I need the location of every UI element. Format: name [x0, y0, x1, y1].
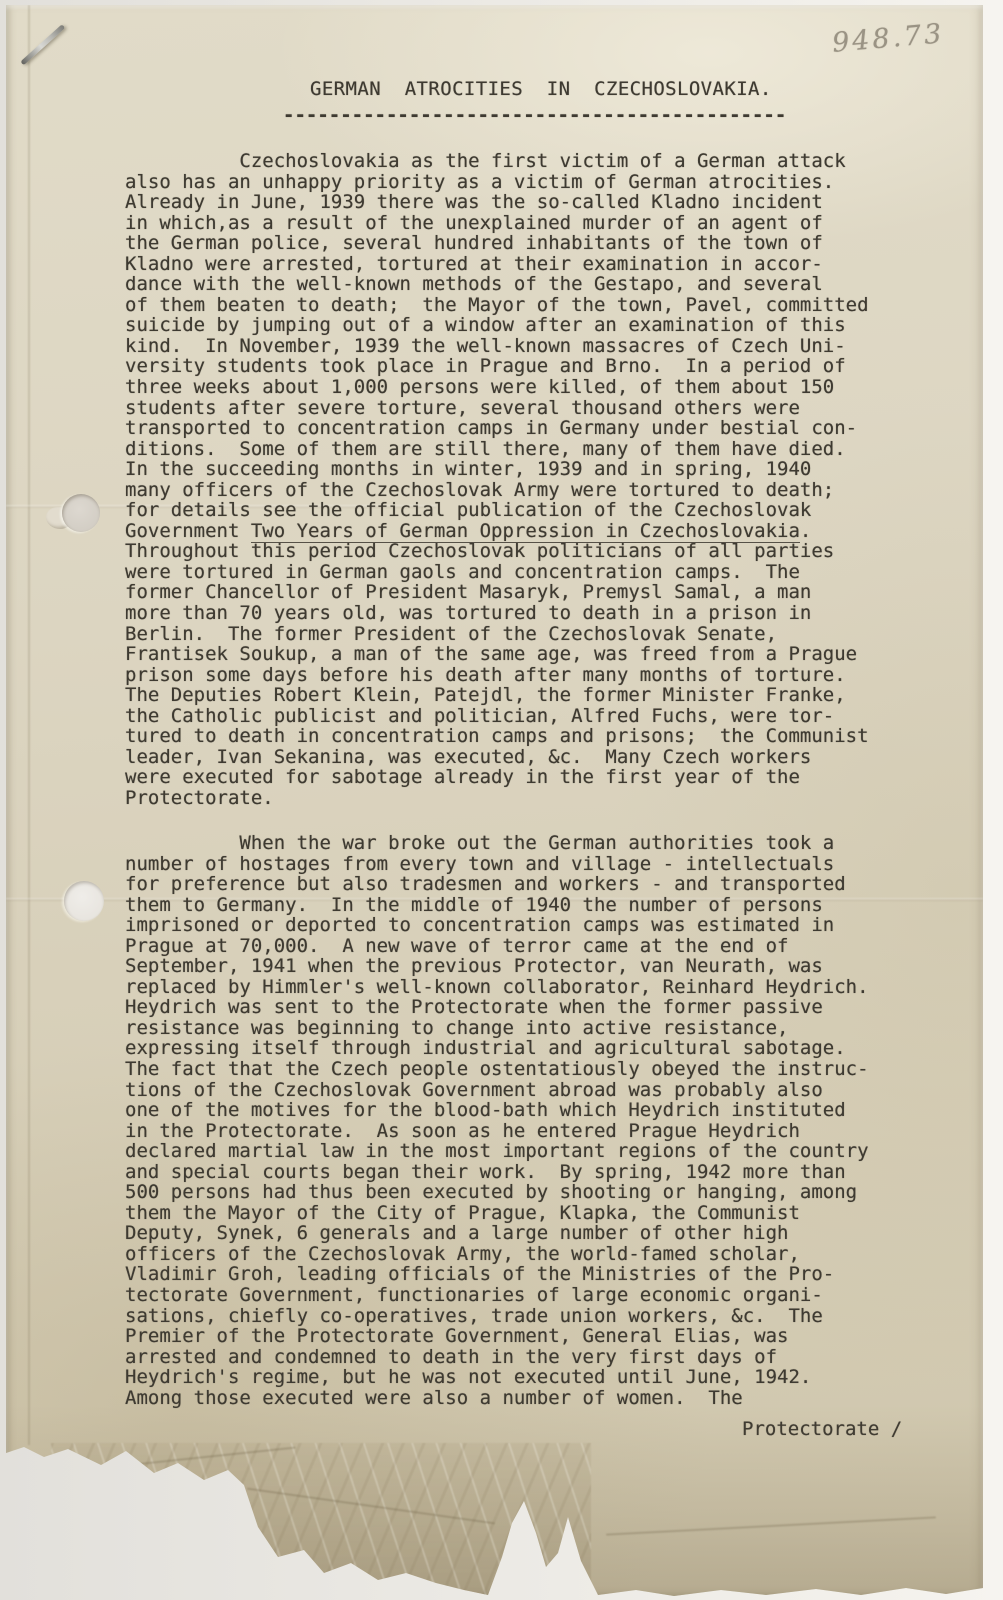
wrinkle-line: [96, 1447, 295, 1470]
text-line: 500 persons had thus been executed by sh…: [125, 1182, 945, 1203]
text-line: also has an unhappy priority as a victim…: [125, 172, 945, 193]
text-line: imprisoned or deported to concentration …: [125, 915, 945, 936]
text-line: Throughout this period Czechoslovak poli…: [125, 541, 945, 562]
text-line: tured to death in concentration camps an…: [125, 726, 945, 747]
text-line: leader, Ivan Sekanina, was executed, &c.…: [125, 747, 945, 768]
text-line: declared martial law in the most importa…: [125, 1141, 945, 1162]
text-line: them the Mayor of the City of Prague, Kl…: [125, 1203, 945, 1224]
text-line: kind. In November, 1939 the well-known m…: [125, 336, 945, 357]
text-line: officers of the Czechoslovak Army, the w…: [125, 1244, 945, 1265]
text-line: Among those executed were also a number …: [125, 1388, 945, 1409]
text-line: them to Germany. In the middle of 1940 t…: [125, 895, 945, 916]
text-line: versity students took place in Prague an…: [125, 356, 945, 377]
text-line: Deputy, Synek, 6 generals and a large nu…: [125, 1223, 945, 1244]
paragraph-1: Czechoslovakia as the first victim of a …: [125, 151, 945, 809]
text-line: were executed for sabotage already in th…: [125, 767, 945, 788]
text-line: Protectorate.: [125, 788, 945, 809]
text-line: Kladno were arrested, tortured at their …: [125, 254, 945, 275]
text-line: prison some days before his death after …: [125, 665, 945, 686]
text-line: in the Protectorate. As soon as he enter…: [125, 1121, 945, 1142]
text-line: Heydrich was sent to the Protectorate wh…: [125, 997, 945, 1018]
text-line: sations, chiefly co-operatives, trade un…: [125, 1306, 945, 1327]
text-line: tectorate Government, functionaries of l…: [125, 1285, 945, 1306]
text-line: Already in June, 1939 there was the so-c…: [125, 192, 945, 213]
text-line: ditions. Some of them are still there, m…: [125, 439, 945, 460]
text-line: suicide by jumping out of a window after…: [125, 315, 945, 336]
text-line: students after severe torture, several t…: [125, 398, 945, 419]
text-line: the Catholic publicist and politician, A…: [125, 706, 945, 727]
text-line: were tortured in German gaols and concen…: [125, 562, 945, 583]
catchword: Protectorate /: [742, 1418, 902, 1440]
text-line: Prague at 70,000. A new wave of terror c…: [125, 936, 945, 957]
wrinkle-line: [606, 1516, 936, 1535]
text-line: Premier of the Protectorate Government, …: [125, 1326, 945, 1347]
handwritten-catalog-number: 948.73: [831, 18, 946, 59]
vertical-fold-crease: [28, 5, 30, 1445]
document-title: GERMAN ATROCITIES IN CZECHOSLOVAKIA.: [310, 78, 772, 100]
text-line: for details see the official publication…: [125, 500, 945, 521]
crumpled-corner: [51, 1443, 591, 1600]
text-line: Czechoslovakia as the first victim of a …: [125, 151, 945, 172]
text-line: resistance was beginning to change into …: [125, 1018, 945, 1039]
text-line: in which,as a result of the unexplained …: [125, 213, 945, 234]
wrinkle-line: [247, 1488, 495, 1525]
text-line: the German police, several hundred inhab…: [125, 233, 945, 254]
text-line: number of hostages from every town and v…: [125, 854, 945, 875]
text-line: Heydrich's regime, but he was not execut…: [125, 1367, 945, 1388]
text-line: many officers of the Czechoslovak Army w…: [125, 480, 945, 501]
text-line: of them beaten to death; the Mayor of th…: [125, 295, 945, 316]
document-page: 948.73 GERMAN ATROCITIES IN CZECHOSLOVAK…: [6, 5, 983, 1598]
punch-hole-top: [62, 494, 100, 532]
text-line: expressing itself through industrial and…: [125, 1038, 945, 1059]
text-line: more than 70 years old, was tortured to …: [125, 603, 945, 624]
text-line: tions of the Czechoslovak Government abr…: [125, 1080, 945, 1101]
staple-icon: [20, 24, 65, 65]
text-line: former Chancellor of President Masaryk, …: [125, 582, 945, 603]
text-line: arrested and condemned to death in the v…: [125, 1347, 945, 1368]
paragraph-2: When the war broke out the German author…: [125, 833, 945, 1408]
text-line: September, 1941 when the previous Protec…: [125, 956, 945, 977]
text-line: one of the motives for the blood-bath wh…: [125, 1100, 945, 1121]
text-line: dance with the well-known methods of the…: [125, 274, 945, 295]
text-line: transported to concentration camps in Ge…: [125, 418, 945, 439]
text-line: for preference but also tradesmen and wo…: [125, 874, 945, 895]
text-line: Frantisek Soukup, a man of the same age,…: [125, 644, 945, 665]
text-line: three weeks about 1,000 persons were kil…: [125, 377, 945, 398]
text-line: When the war broke out the German author…: [125, 833, 945, 854]
text-line: Berlin. The former President of the Czec…: [125, 624, 945, 645]
scan-background: { "annotations": { "catalog_number": "94…: [0, 0, 1003, 1600]
underlined-publication-title: Two Years of German Oppression in Czecho…: [251, 520, 800, 543]
title-underline: ----------------------------------------…: [283, 104, 786, 126]
text-line: The fact that the Czech people ostentati…: [125, 1059, 945, 1080]
text-line: Vladimir Groh, leading officials of the …: [125, 1264, 945, 1285]
text-line: replaced by Himmler's well-known collabo…: [125, 977, 945, 998]
text-line: In the succeeding months in winter, 1939…: [125, 459, 945, 480]
text-line: and special courts began their work. By …: [125, 1162, 945, 1183]
text-line: Government Two Years of German Oppressio…: [125, 521, 945, 542]
text-line: The Deputies Robert Klein, Patejdl, the …: [125, 685, 945, 706]
punch-hole-bottom: [64, 881, 104, 921]
